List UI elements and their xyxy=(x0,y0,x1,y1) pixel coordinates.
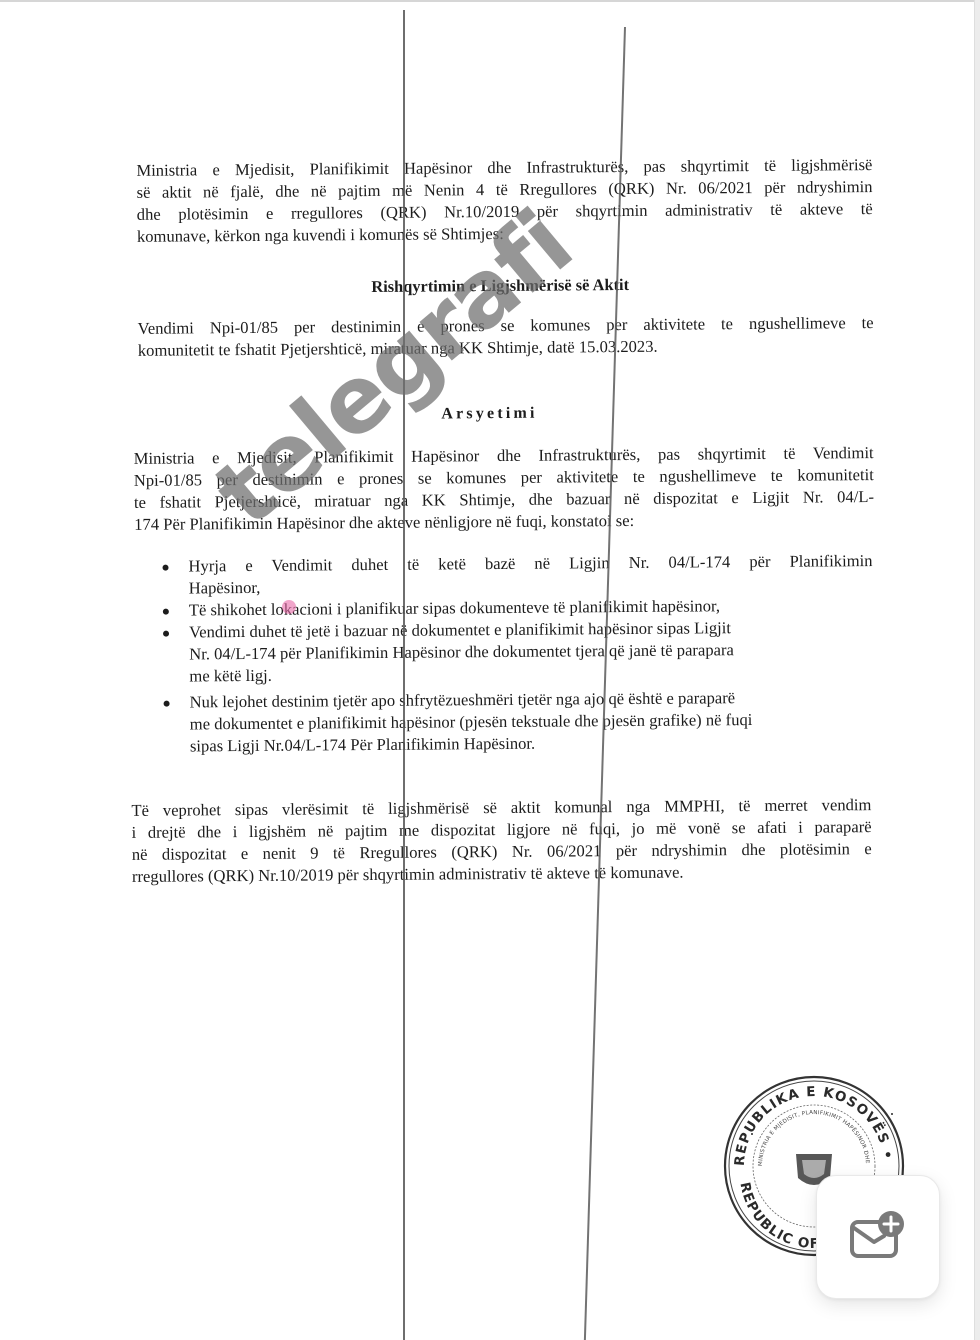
finding-item: Vendimi duhet të jetë i bazuar në dokume… xyxy=(0,0,970,4)
document-page: Ministria e Mjedisit, Planifikimit Hapës… xyxy=(0,0,974,1340)
finding-line: Nr. 04/L-174 për Planifikimin Hapësinor … xyxy=(189,640,734,664)
fold-line xyxy=(403,10,405,1340)
watermark-accent-dot xyxy=(282,600,296,614)
bullet-icon xyxy=(163,609,169,615)
finding-item: Hyrja e Vendimit duhet të ketë bazë në L… xyxy=(0,0,970,4)
reasoning-line: 174 Për Planifikimin Hapësinor dhe aktev… xyxy=(134,511,634,535)
reasoning-heading: Arsyetimi xyxy=(441,404,537,425)
finding-line: Hapësinor, xyxy=(189,578,261,599)
mail-add-icon xyxy=(849,1210,907,1264)
intro-line: komunave, kërkon nga kuvendi i komunës s… xyxy=(137,224,504,247)
bullet-icon xyxy=(163,631,169,637)
bullet-icon xyxy=(164,701,170,707)
finding-line: Të shikohet lokacioni i planifikuar sipa… xyxy=(189,596,720,620)
finding-item: Nuk lejohet destinim tjetër apo shfrytëz… xyxy=(0,0,970,4)
finding-line: Vendimi duhet të jetë i bazuar në dokume… xyxy=(189,618,731,642)
finding-line: sipas Ligji Nr.04/L-174 Për Planifikimin… xyxy=(190,734,535,757)
add-mail-button[interactable] xyxy=(816,1175,940,1299)
finding-item: Të shikohet lokacioni i planifikuar sipa… xyxy=(0,0,970,4)
scrollbar-track[interactable] xyxy=(974,0,980,1340)
closing-line: rregullores (QRK) Nr.10/2019 për shqyrti… xyxy=(132,863,684,887)
bullet-icon xyxy=(162,565,168,571)
finding-line: Hyrja e Vendimit duhet të ketë bazë në L… xyxy=(188,551,872,576)
finding-line: Nuk lejohet destinim tjetër apo shfrytëz… xyxy=(190,688,736,712)
finding-line: me dokumentet e planifikimit hapësinor (… xyxy=(190,710,753,734)
findings-list: Hyrja e Vendimit duhet të ketë bazë në L… xyxy=(0,0,970,4)
finding-line: me këtë ligj. xyxy=(189,666,272,687)
svg-text:REPUBLIKA E KOSOVËS • REPUBLIK: REPUBLIKA E KOSOVËS • REPUBLIKA xyxy=(722,1074,896,1167)
closing-line: në dispozitat e nenit 9 të Rregullores (… xyxy=(132,839,872,865)
